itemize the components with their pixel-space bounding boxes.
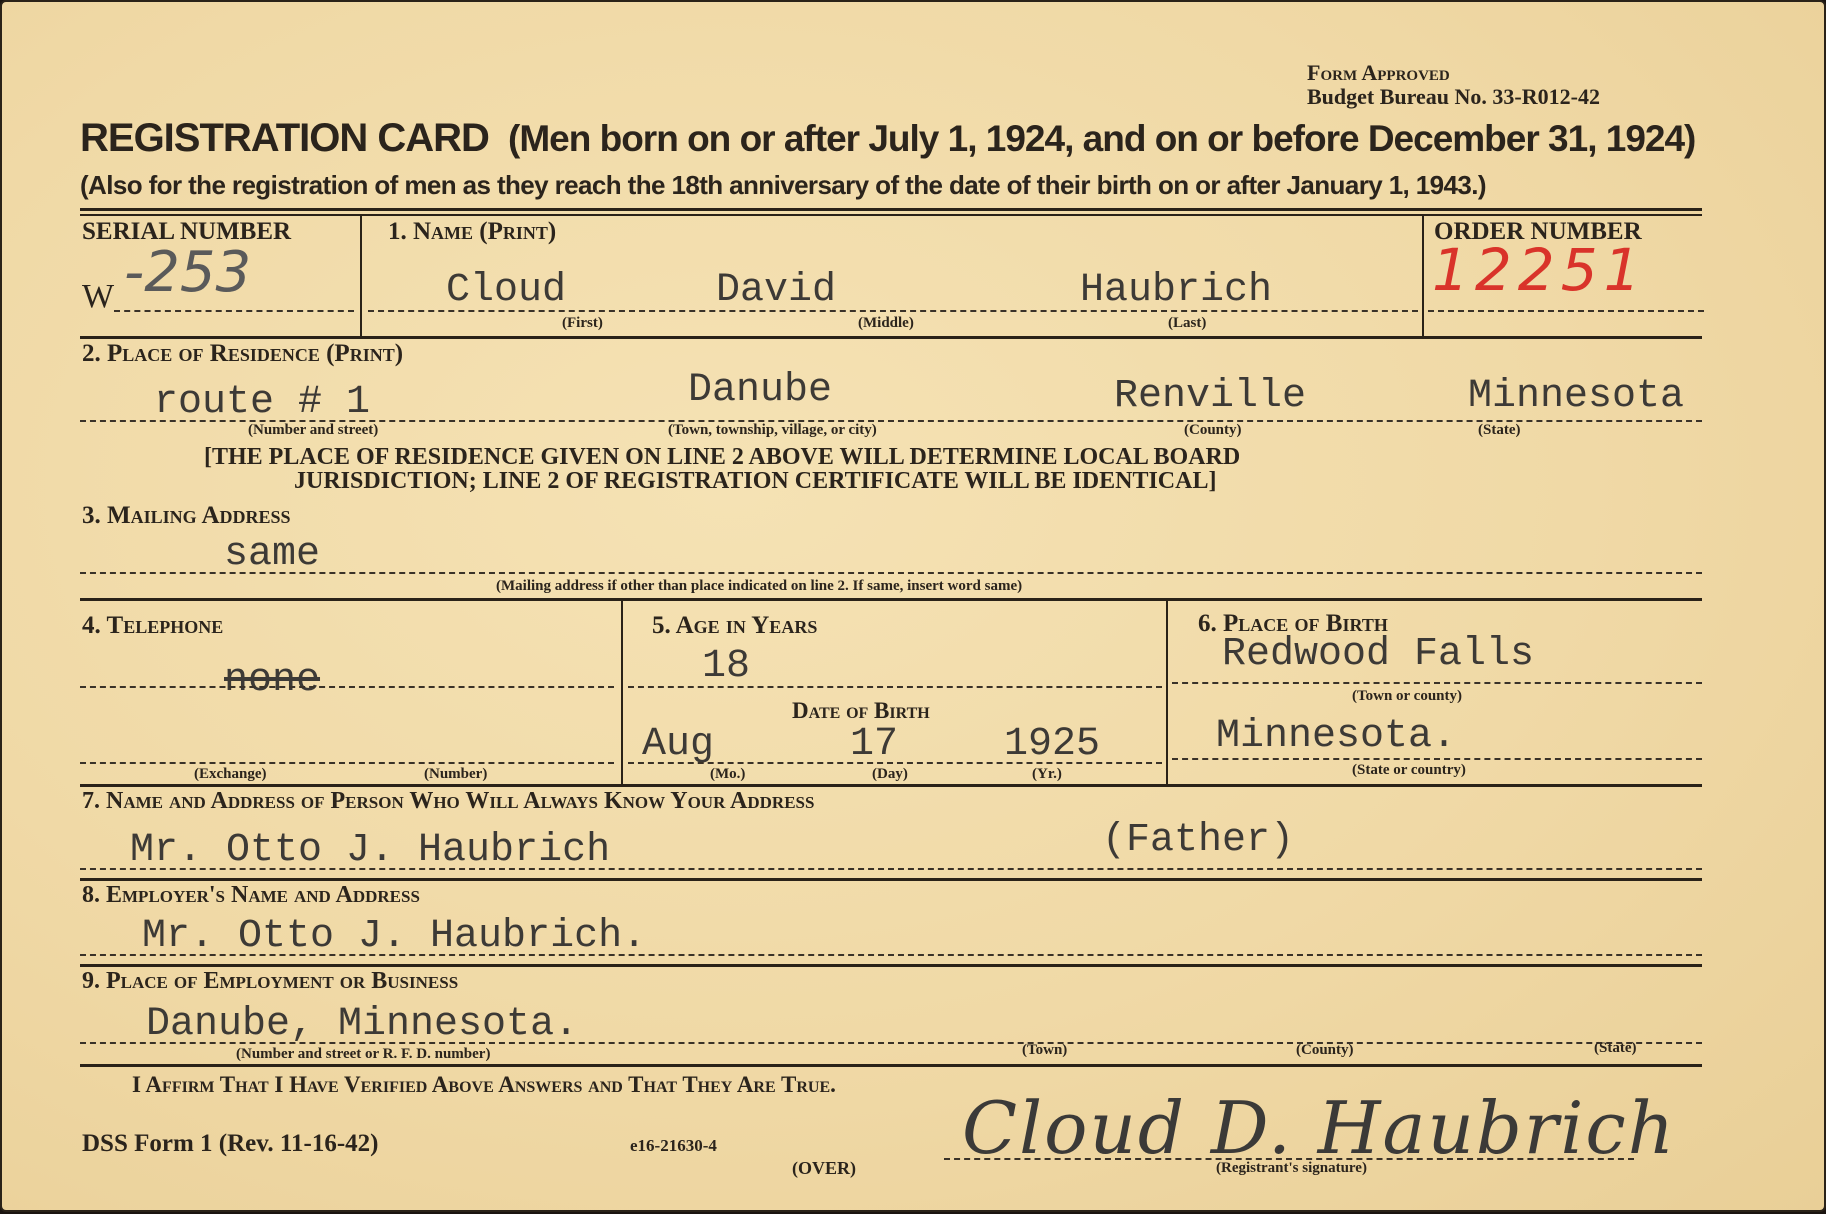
residence-notice-line1: [THE PLACE OF RESIDENCE GIVEN ON LINE 2 … <box>204 444 1240 471</box>
contact-label: 7. Name and Address of Person Who Will A… <box>82 788 814 815</box>
dob-day-value[interactable]: 17 <box>850 722 898 767</box>
over-label: (OVER) <box>792 1158 856 1179</box>
form-approved-label: Form Approved <box>1307 60 1450 86</box>
exchange-caption: (Exchange) <box>194 766 267 783</box>
contact-line <box>80 868 1702 870</box>
divider <box>80 878 1702 881</box>
month-caption: (Mo.) <box>710 766 745 783</box>
divider <box>1166 600 1168 784</box>
employment-line <box>80 1042 1702 1044</box>
divider <box>80 964 1702 967</box>
divider <box>80 336 1702 339</box>
card-title: REGISTRATION CARD <box>80 116 489 161</box>
card-subtitle: (Men born on or after July 1, 1924, and … <box>508 118 1695 160</box>
telephone-line <box>80 686 614 688</box>
residence-county-value[interactable]: Renville <box>1114 374 1306 419</box>
mailing-line <box>80 572 1702 574</box>
state-caption: (State) <box>1478 422 1520 439</box>
town-or-county-caption: (Town or county) <box>1352 688 1462 705</box>
employment-town-caption: (Town) <box>1022 1042 1067 1059</box>
state-or-country-caption: (State or country) <box>1352 762 1466 779</box>
registration-card: Form Approved Budget Bureau No. 33-R012-… <box>0 0 1826 1212</box>
employment-label: 9. Place of Employment or Business <box>82 968 458 995</box>
divider <box>80 208 1702 211</box>
dob-year-value[interactable]: 1925 <box>1004 722 1100 767</box>
birthplace-state-value[interactable]: Minnesota. <box>1216 714 1456 759</box>
county-caption: (County) <box>1184 422 1242 439</box>
divider <box>360 216 362 336</box>
card-subtitle-note: (Also for the registration of men as the… <box>80 170 1486 201</box>
street-caption: (Number and street) <box>248 422 378 439</box>
serial-prefix: W <box>82 278 114 316</box>
name-label: 1. Name (Print) <box>388 218 556 246</box>
residence-town-value[interactable]: Danube <box>688 368 832 413</box>
employment-street-caption: (Number and street or R. F. D. number) <box>236 1046 490 1063</box>
number-caption: (Number) <box>424 766 487 783</box>
middle-caption: (Middle) <box>858 315 914 332</box>
divider <box>80 784 1702 787</box>
budget-bureau-number: Budget Bureau No. 33-R012-42 <box>1307 84 1600 110</box>
birthplace-town-value[interactable]: Redwood Falls <box>1222 632 1534 677</box>
mailing-label: 3. Mailing Address <box>82 502 291 530</box>
serial-number-value[interactable]: -253 <box>124 240 251 305</box>
birthplace-town-line <box>1172 682 1702 684</box>
birthplace-state-line <box>1172 758 1702 760</box>
employer-line <box>80 954 1702 956</box>
town-caption: (Town, township, village, or city) <box>668 422 877 439</box>
employer-label: 8. Employer's Name and Address <box>82 882 420 909</box>
employer-value[interactable]: Mr. Otto J. Haubrich. <box>142 914 646 959</box>
serial-line <box>114 310 354 312</box>
residence-notice-line2: JURISDICTION; LINE 2 OF REGISTRATION CER… <box>294 468 1216 495</box>
year-caption: (Yr.) <box>1032 766 1062 783</box>
employment-county-caption: (County) <box>1296 1042 1354 1059</box>
first-caption: (First) <box>562 315 603 332</box>
dob-line <box>628 762 1162 764</box>
divider <box>80 598 1702 601</box>
last-name-value[interactable]: Haubrich <box>1080 268 1272 313</box>
residence-street-value[interactable]: route # 1 <box>154 380 370 425</box>
day-caption: (Day) <box>872 766 908 783</box>
last-caption: (Last) <box>1168 315 1206 332</box>
mailing-caption: (Mailing address if other than place ind… <box>496 578 1022 595</box>
residence-state-value[interactable]: Minnesota <box>1468 374 1684 419</box>
first-name-value[interactable]: Cloud <box>446 268 566 313</box>
age-line <box>628 686 1162 688</box>
order-number-value[interactable]: 12251 <box>1432 236 1647 304</box>
telephone-label: 4. Telephone <box>82 612 223 640</box>
dob-label: Date of Birth <box>792 698 930 724</box>
telephone-line <box>80 762 614 764</box>
contact-relation-value[interactable]: (Father) <box>1102 818 1294 863</box>
employment-value[interactable]: Danube, Minnesota. <box>146 1002 578 1047</box>
divider <box>80 214 1702 216</box>
age-value[interactable]: 18 <box>702 644 750 689</box>
name-line <box>368 310 1418 312</box>
mailing-address-value[interactable]: same <box>224 532 320 577</box>
form-id: DSS Form 1 (Rev. 11-16-42) <box>82 1130 379 1158</box>
age-label: 5. Age in Years <box>652 612 817 640</box>
affirmation-text: I Affirm That I Have Verified Above Answ… <box>132 1072 836 1098</box>
signature-caption: (Registrant's signature) <box>1216 1160 1367 1177</box>
employment-state-caption: (State) <box>1594 1040 1636 1057</box>
middle-name-value[interactable]: David <box>716 268 836 313</box>
print-code: e16-21630-4 <box>630 1136 717 1156</box>
divider <box>1422 216 1424 336</box>
divider <box>621 600 623 784</box>
divider <box>80 1064 1702 1067</box>
telephone-value[interactable]: none <box>224 658 320 703</box>
contact-value[interactable]: Mr. Otto J. Haubrich <box>130 828 610 873</box>
dob-month-value[interactable]: Aug <box>642 722 714 767</box>
order-line <box>1428 310 1704 312</box>
residence-label: 2. Place of Residence (Print) <box>82 340 403 368</box>
